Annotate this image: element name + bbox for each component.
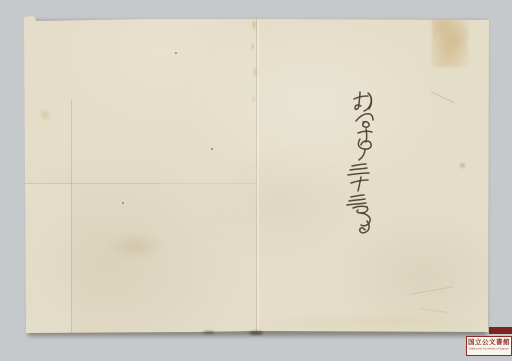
- stain-top-right: [432, 19, 468, 67]
- smudge-right: [459, 161, 466, 170]
- calligraphy-strokes: [340, 85, 390, 240]
- paper-speck: [211, 148, 213, 150]
- stain-bottom: [254, 315, 484, 331]
- scanned-document-view: 勅令第三十三号 国立公文書館 National Archives of Japa…: [0, 0, 512, 361]
- bottomright-wrinkle-1: [410, 286, 454, 295]
- paper-speck: [175, 52, 177, 54]
- archives-title: 国立公文書館: [467, 338, 511, 347]
- topright-wrinkle: [431, 92, 455, 104]
- left-crease-line: [71, 100, 72, 333]
- center-fold-highlight: [257, 19, 259, 332]
- calligraphy-text: 勅令第三十三号: [24, 15, 25, 16]
- horizontal-crease-line: [25, 183, 160, 184]
- bottom-edge-shadow-blob: [249, 331, 263, 335]
- center-fold-line: [256, 19, 257, 332]
- archives-watermark: 国立公文書館 National Archives of Japan: [466, 336, 512, 356]
- stain-left: [38, 109, 52, 121]
- paper-speck: [122, 202, 124, 204]
- horizontal-crease-faint: [160, 183, 256, 184]
- bottomright-wrinkle-2: [419, 308, 449, 313]
- document-paper: 勅令第三十三号: [24, 15, 490, 334]
- archives-subtitle-wrap: National Archives of Japan: [467, 347, 511, 351]
- archives-emblem-bar: [489, 327, 512, 334]
- left-fold-strip: [26, 185, 71, 333]
- archives-subtitle: National Archives of Japan: [467, 347, 511, 351]
- stain-center: [106, 233, 164, 259]
- stain-along-fold: [248, 17, 260, 117]
- bottom-edge-shadow-blob: [203, 331, 215, 334]
